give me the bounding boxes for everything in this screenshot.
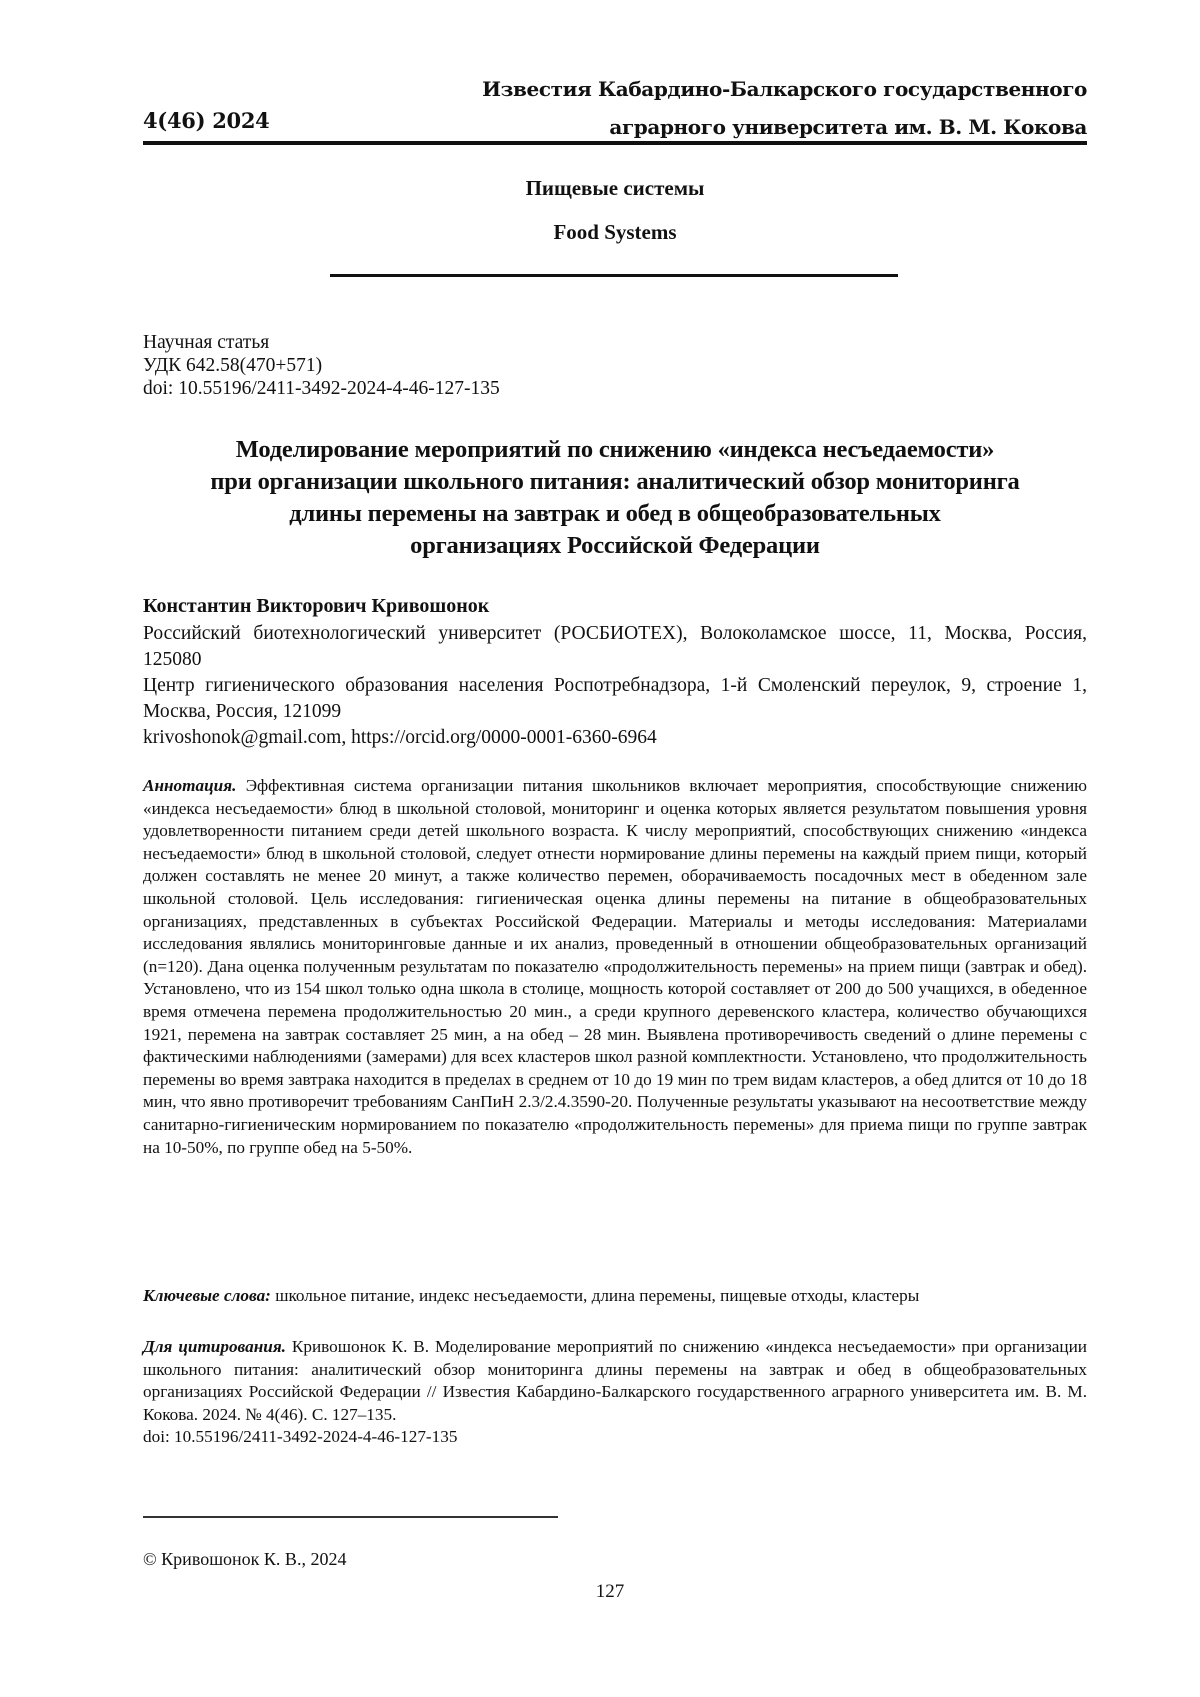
author-name: Константин Викторович Кривошонок bbox=[143, 595, 489, 618]
abstract: Аннотация. Эффективная система организац… bbox=[143, 775, 1087, 1159]
keywords-label: Ключевые слова: bbox=[143, 1286, 275, 1305]
section-rule bbox=[330, 274, 898, 277]
udc-code: УДК 642.58(470+571) bbox=[143, 354, 500, 377]
journal-page: 4(46) 2024 Известия Кабардино-Балкарског… bbox=[0, 0, 1200, 1697]
copyright: © Кривошонок К. В., 2024 bbox=[143, 1549, 346, 1570]
author-affiliations: Российский биотехнологический университе… bbox=[143, 621, 1087, 751]
header-rule bbox=[143, 141, 1087, 145]
affiliation-2: Центр гигиенического образования населен… bbox=[143, 673, 1087, 725]
page-number: 127 bbox=[0, 1581, 1200, 1603]
keywords-text: школьное питание, индекс несъедаемости, … bbox=[275, 1286, 919, 1305]
title-line-4: организациях Российской Федерации bbox=[143, 530, 1087, 562]
title-line-1: Моделирование мероприятий по снижению «и… bbox=[143, 434, 1087, 466]
article-type: Научная статья bbox=[143, 331, 500, 354]
issue-number: 4(46) 2024 bbox=[143, 108, 269, 133]
running-header: 4(46) 2024 Известия Кабардино-Балкарског… bbox=[143, 70, 1087, 140]
title-line-3: длины перемены на завтрак и обед в общео… bbox=[143, 498, 1087, 530]
footnote-rule bbox=[143, 1516, 558, 1518]
section-title-en: Food Systems bbox=[15, 220, 1200, 245]
doi: doi: 10.55196/2411-3492-2024-4-46-127-13… bbox=[143, 377, 500, 400]
keywords: Ключевые слова: школьное питание, индекс… bbox=[143, 1285, 1087, 1308]
citation-label: Для цитирования. bbox=[143, 1337, 292, 1356]
affiliation-1: Российский биотехнологический университе… bbox=[143, 621, 1087, 673]
journal-name-line-1: Известия Кабардино-Балкарского государст… bbox=[482, 70, 1087, 108]
title-line-2: при организации школьного питания: анали… bbox=[143, 466, 1087, 498]
section-title-ru: Пищевые системы bbox=[15, 176, 1200, 201]
article-title: Моделирование мероприятий по снижению «и… bbox=[143, 434, 1087, 562]
article-meta: Научная статья УДК 642.58(470+571) doi: … bbox=[143, 331, 500, 400]
abstract-label: Аннотация. bbox=[143, 776, 246, 795]
abstract-text: Эффективная система организации питания … bbox=[143, 776, 1087, 1157]
journal-name: Известия Кабардино-Балкарского государст… bbox=[482, 70, 1087, 146]
citation-doi: doi: 10.55196/2411-3492-2024-4-46-127-13… bbox=[143, 1426, 1087, 1449]
author-contacts: krivoshonok@gmail.com, https://orcid.org… bbox=[143, 725, 1087, 751]
citation: Для цитирования. Кривошонок К. В. Модели… bbox=[143, 1336, 1087, 1449]
